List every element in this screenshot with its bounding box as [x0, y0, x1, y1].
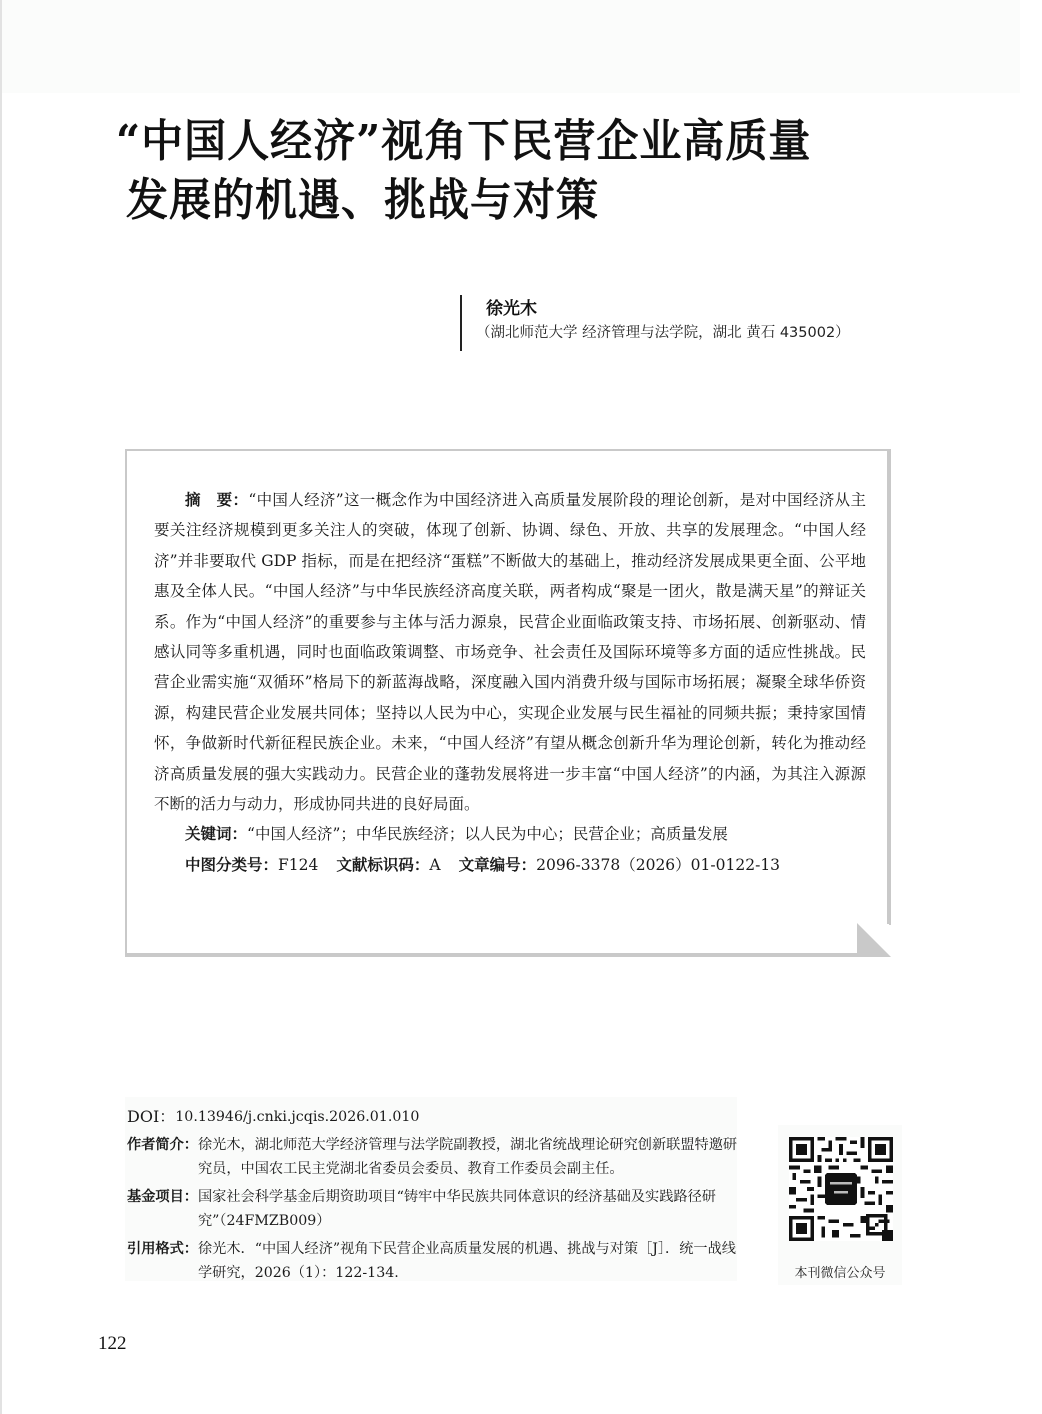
fund-row: 基金项目： 国家社会科学基金后期资助项目“铸牢中华民族共同体意识的经济基础及实践… [127, 1185, 739, 1233]
doi-label: DOI： [127, 1105, 175, 1129]
folded-corner-icon [857, 923, 891, 957]
doi-value[interactable]: 10.13946/j.cnki.jcqis.2026.01.010 [175, 1105, 739, 1129]
bio-value: 徐光木，湖北师范大学经济管理与法学院副教授，湖北省统战理论研究创新联盟特邀研究员… [198, 1133, 739, 1181]
cite-label: 引用格式： [127, 1237, 198, 1285]
abstract-box-bottom-edge [125, 955, 859, 957]
abstract-section: 摘 要：“中国人经济”这一概念作为中国经济进入高质量发展阶段的理论创新，是对中国… [154, 485, 866, 880]
page-number: 122 [98, 1333, 127, 1355]
header-band [2, 0, 1020, 93]
qr-caption: 本刊微信公众号 [778, 1262, 902, 1281]
abstract-label: 摘 要： [185, 490, 248, 509]
qr-code-icon[interactable] [789, 1137, 893, 1241]
abstract-body: “中国人经济”这一概念作为中国经济进入高质量发展阶段的理论创新，是对中国经济从主… [154, 491, 866, 813]
author-bio-row: 作者简介： 徐光木，湖北师范大学经济管理与法学院副教授，湖北省统战理论研究创新联… [127, 1133, 739, 1181]
doc-code-label: 文献标识码： [336, 855, 429, 874]
keywords-line: 关键词：“中国人经济”；中华民族经济；以人民为中心；民营企业；高质量发展 [154, 819, 866, 849]
citation-row: 引用格式： 徐光木．“中国人经济”视角下民营企业高质量发展的机遇、挑战与对策［J… [127, 1237, 739, 1285]
fund-value: 国家社会科学基金后期资助项目“铸牢中华民族共同体意识的经济基础及实践路径研究”（… [198, 1185, 739, 1233]
classification-line: 中图分类号：F124文献标识码：A文章编号：2096-3378（2026）01-… [154, 850, 866, 880]
bio-label: 作者简介： [127, 1133, 198, 1181]
abstract-box-right-edge [889, 449, 891, 925]
title-line-1: “中国人经济”视角下民营企业高质量 [116, 112, 946, 171]
doc-code-value: A [429, 856, 440, 874]
article-title: “中国人经济”视角下民营企业高质量 发展的机遇、挑战与对策 [126, 112, 946, 230]
footer-notes: DOI： 10.13946/j.cnki.jcqis.2026.01.010 作… [127, 1105, 739, 1289]
clc-value: F124 [278, 856, 318, 874]
clc-label: 中图分类号： [185, 855, 278, 874]
doi-row: DOI： 10.13946/j.cnki.jcqis.2026.01.010 [127, 1105, 739, 1129]
abstract-paragraph: 摘 要：“中国人经济”这一概念作为中国经济进入高质量发展阶段的理论创新，是对中国… [154, 485, 866, 819]
author-affiliation: （湖北师范大学 经济管理与法学院，湖北 黄石 435002） [476, 321, 850, 345]
keywords-label: 关键词： [185, 824, 247, 843]
cite-value: 徐光木．“中国人经济”视角下民营企业高质量发展的机遇、挑战与对策［J］．统一战线… [198, 1237, 739, 1285]
author-name: 徐光木 [486, 297, 850, 321]
keywords-value: “中国人经济”；中华民族经济；以人民为中心；民营企业；高质量发展 [247, 825, 728, 843]
fund-label: 基金项目： [127, 1185, 198, 1233]
article-no-value: 2096-3378（2026）01-0122-13 [536, 856, 780, 874]
article-no-label: 文章编号： [459, 855, 537, 874]
byline: 徐光木 （湖北师范大学 经济管理与法学院，湖北 黄石 435002） [460, 295, 850, 351]
title-line-2: 发展的机遇、挑战与对策 [126, 171, 946, 230]
page-left-edge [0, 0, 2, 1414]
